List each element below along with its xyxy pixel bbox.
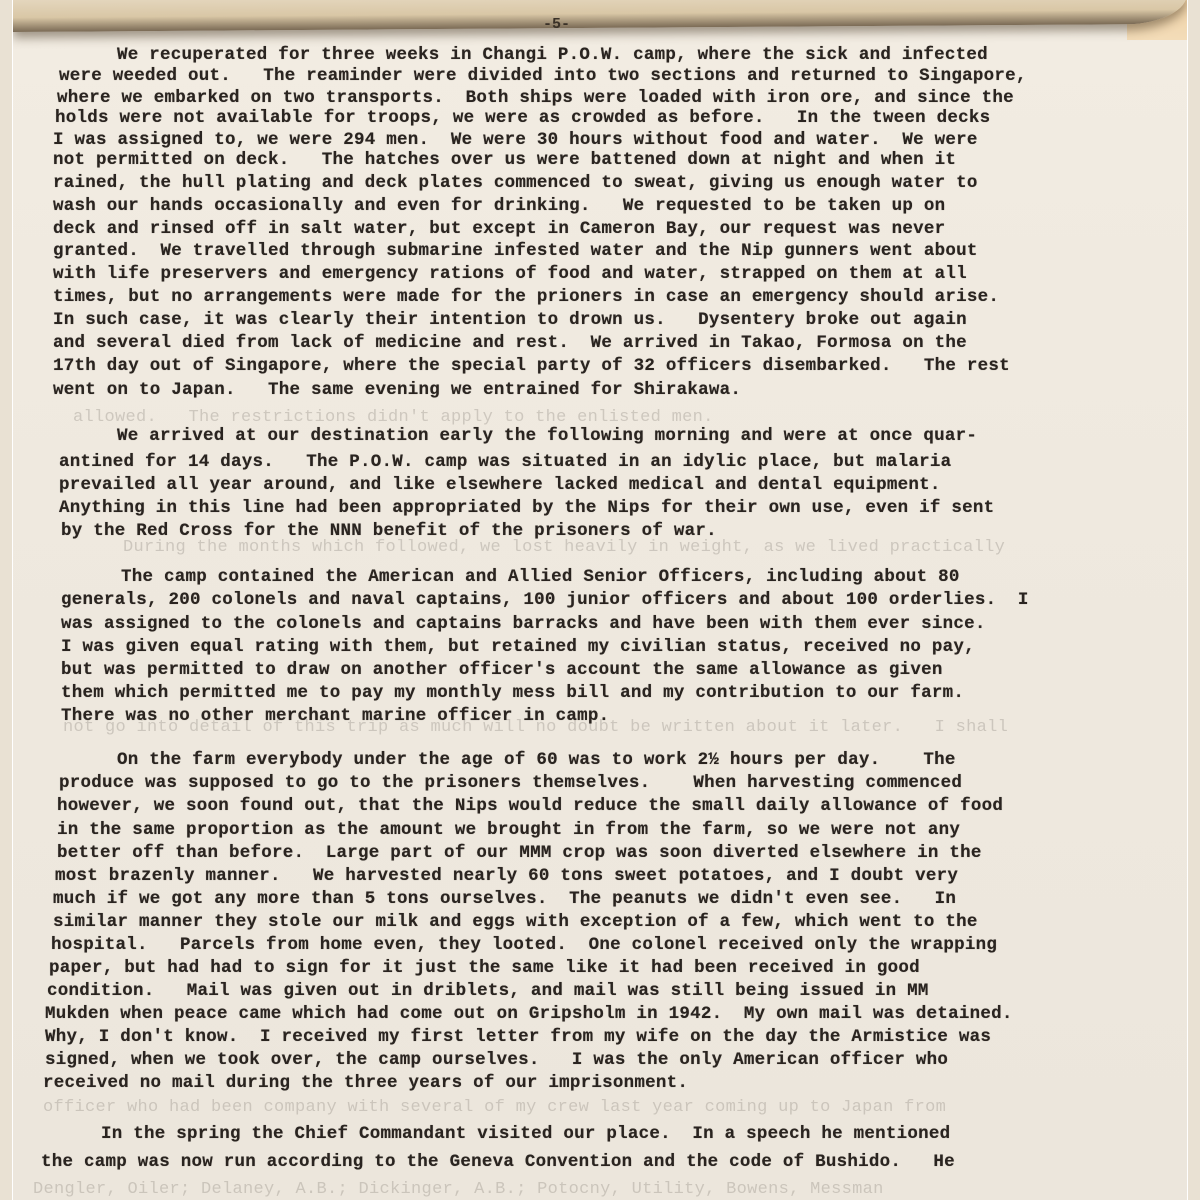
text-line: much if we got any more than 5 tons ours… [53,889,956,909]
text-line: better off than before. Large part of ou… [57,843,982,863]
text-line: wash our hands occasionally and even for… [53,196,945,216]
text-line: Why, I don't know. I received my first l… [45,1027,991,1047]
text-line: granted. We travelled through submarine … [53,241,978,261]
text-line: hospital. Parcels from home even, they l… [51,935,997,955]
text-line: by the Red Cross for the NNN benefit of … [61,521,717,541]
text-line: On the farm everybody under the age of 6… [117,750,956,770]
text-line: deck and rinsed off in salt water, but e… [53,219,945,239]
text-line: In such case, it was clearly their inten… [53,310,967,330]
text-line: similar manner they stole our milk and e… [53,912,978,932]
text-line: times, but no arrangements were made for… [53,287,999,307]
text-line: holds were not available for troops, we … [55,108,990,128]
text-line: them which permitted me to pay my monthl… [61,683,964,703]
text-line: where we embarked on two transports. Bot… [57,88,1014,108]
text-line: went on to Japan. The same evening we en… [53,380,741,400]
text-line: were weeded out. The reaminder were divi… [59,66,1027,86]
page-number: -5- [543,16,570,33]
text-line: We arrived at our destination early the … [117,426,977,446]
text-line: 17th day out of Singapore, where the spe… [53,356,1010,376]
text-line: paper, but had had to sign for it just t… [49,958,920,978]
text-line: not permitted on deck. The hatches over … [53,150,956,170]
text-line: condition. Mail was given out in driblet… [47,981,929,1001]
text-line: the camp was now run according to the Ge… [41,1152,955,1172]
text-line: antined for 14 days. The P.O.W. camp was… [59,452,951,472]
text-line: I was given equal rating with them, but … [61,637,975,657]
photo-border-right [1187,0,1200,1200]
text-line: generals, 200 colonels and naval captain… [61,590,1029,610]
text-line: We recuperated for three weeks in Changi… [117,45,988,65]
text-line: but was permitted to draw on another off… [61,660,943,680]
text-line: and several died from lack of medicine a… [53,333,967,353]
bleed-through-line: officer who had been company with severa… [43,1098,946,1117]
text-line: received no mail during the three years … [43,1073,688,1093]
photo-border-left [0,0,13,1200]
text-line: I was assigned to, we were 294 men. We w… [53,130,978,150]
text-line: most brazenly manner. We harvested nearl… [55,866,958,886]
typewritten-page: -5- allowed. The restrictions didn't app… [13,0,1187,1200]
text-line: in the same proportion as the amount we … [57,820,960,840]
bleed-through-line: allowed. The restrictions didn't apply t… [73,408,714,427]
text-line: prevailed all year around, and like else… [59,475,941,495]
text-line: signed, when we took over, the camp ours… [45,1050,948,1070]
text-line: Mukden when peace came which had come ou… [45,1004,1013,1024]
bleed-through-line: Dengler, Oiler; Delaney, A.B.; Dickinger… [33,1180,884,1199]
text-line: rained, the hull plating and deck plates… [53,173,978,193]
text-line: with life preservers and emergency ratio… [53,264,967,284]
text-line: The camp contained the American and Alli… [121,567,960,587]
text-line: In the spring the Chief Commandant visit… [101,1124,950,1144]
text-line: Anything in this line had been appropria… [59,498,994,518]
page-body: allowed. The restrictions didn't apply t… [13,0,1187,1200]
text-line: however, we soon found out, that the Nip… [57,796,1003,816]
text-line: was assigned to the colonels and captain… [61,614,986,634]
text-line: There was no other merchant marine offic… [61,706,609,726]
text-line: produce was supposed to go to the prison… [59,773,962,793]
